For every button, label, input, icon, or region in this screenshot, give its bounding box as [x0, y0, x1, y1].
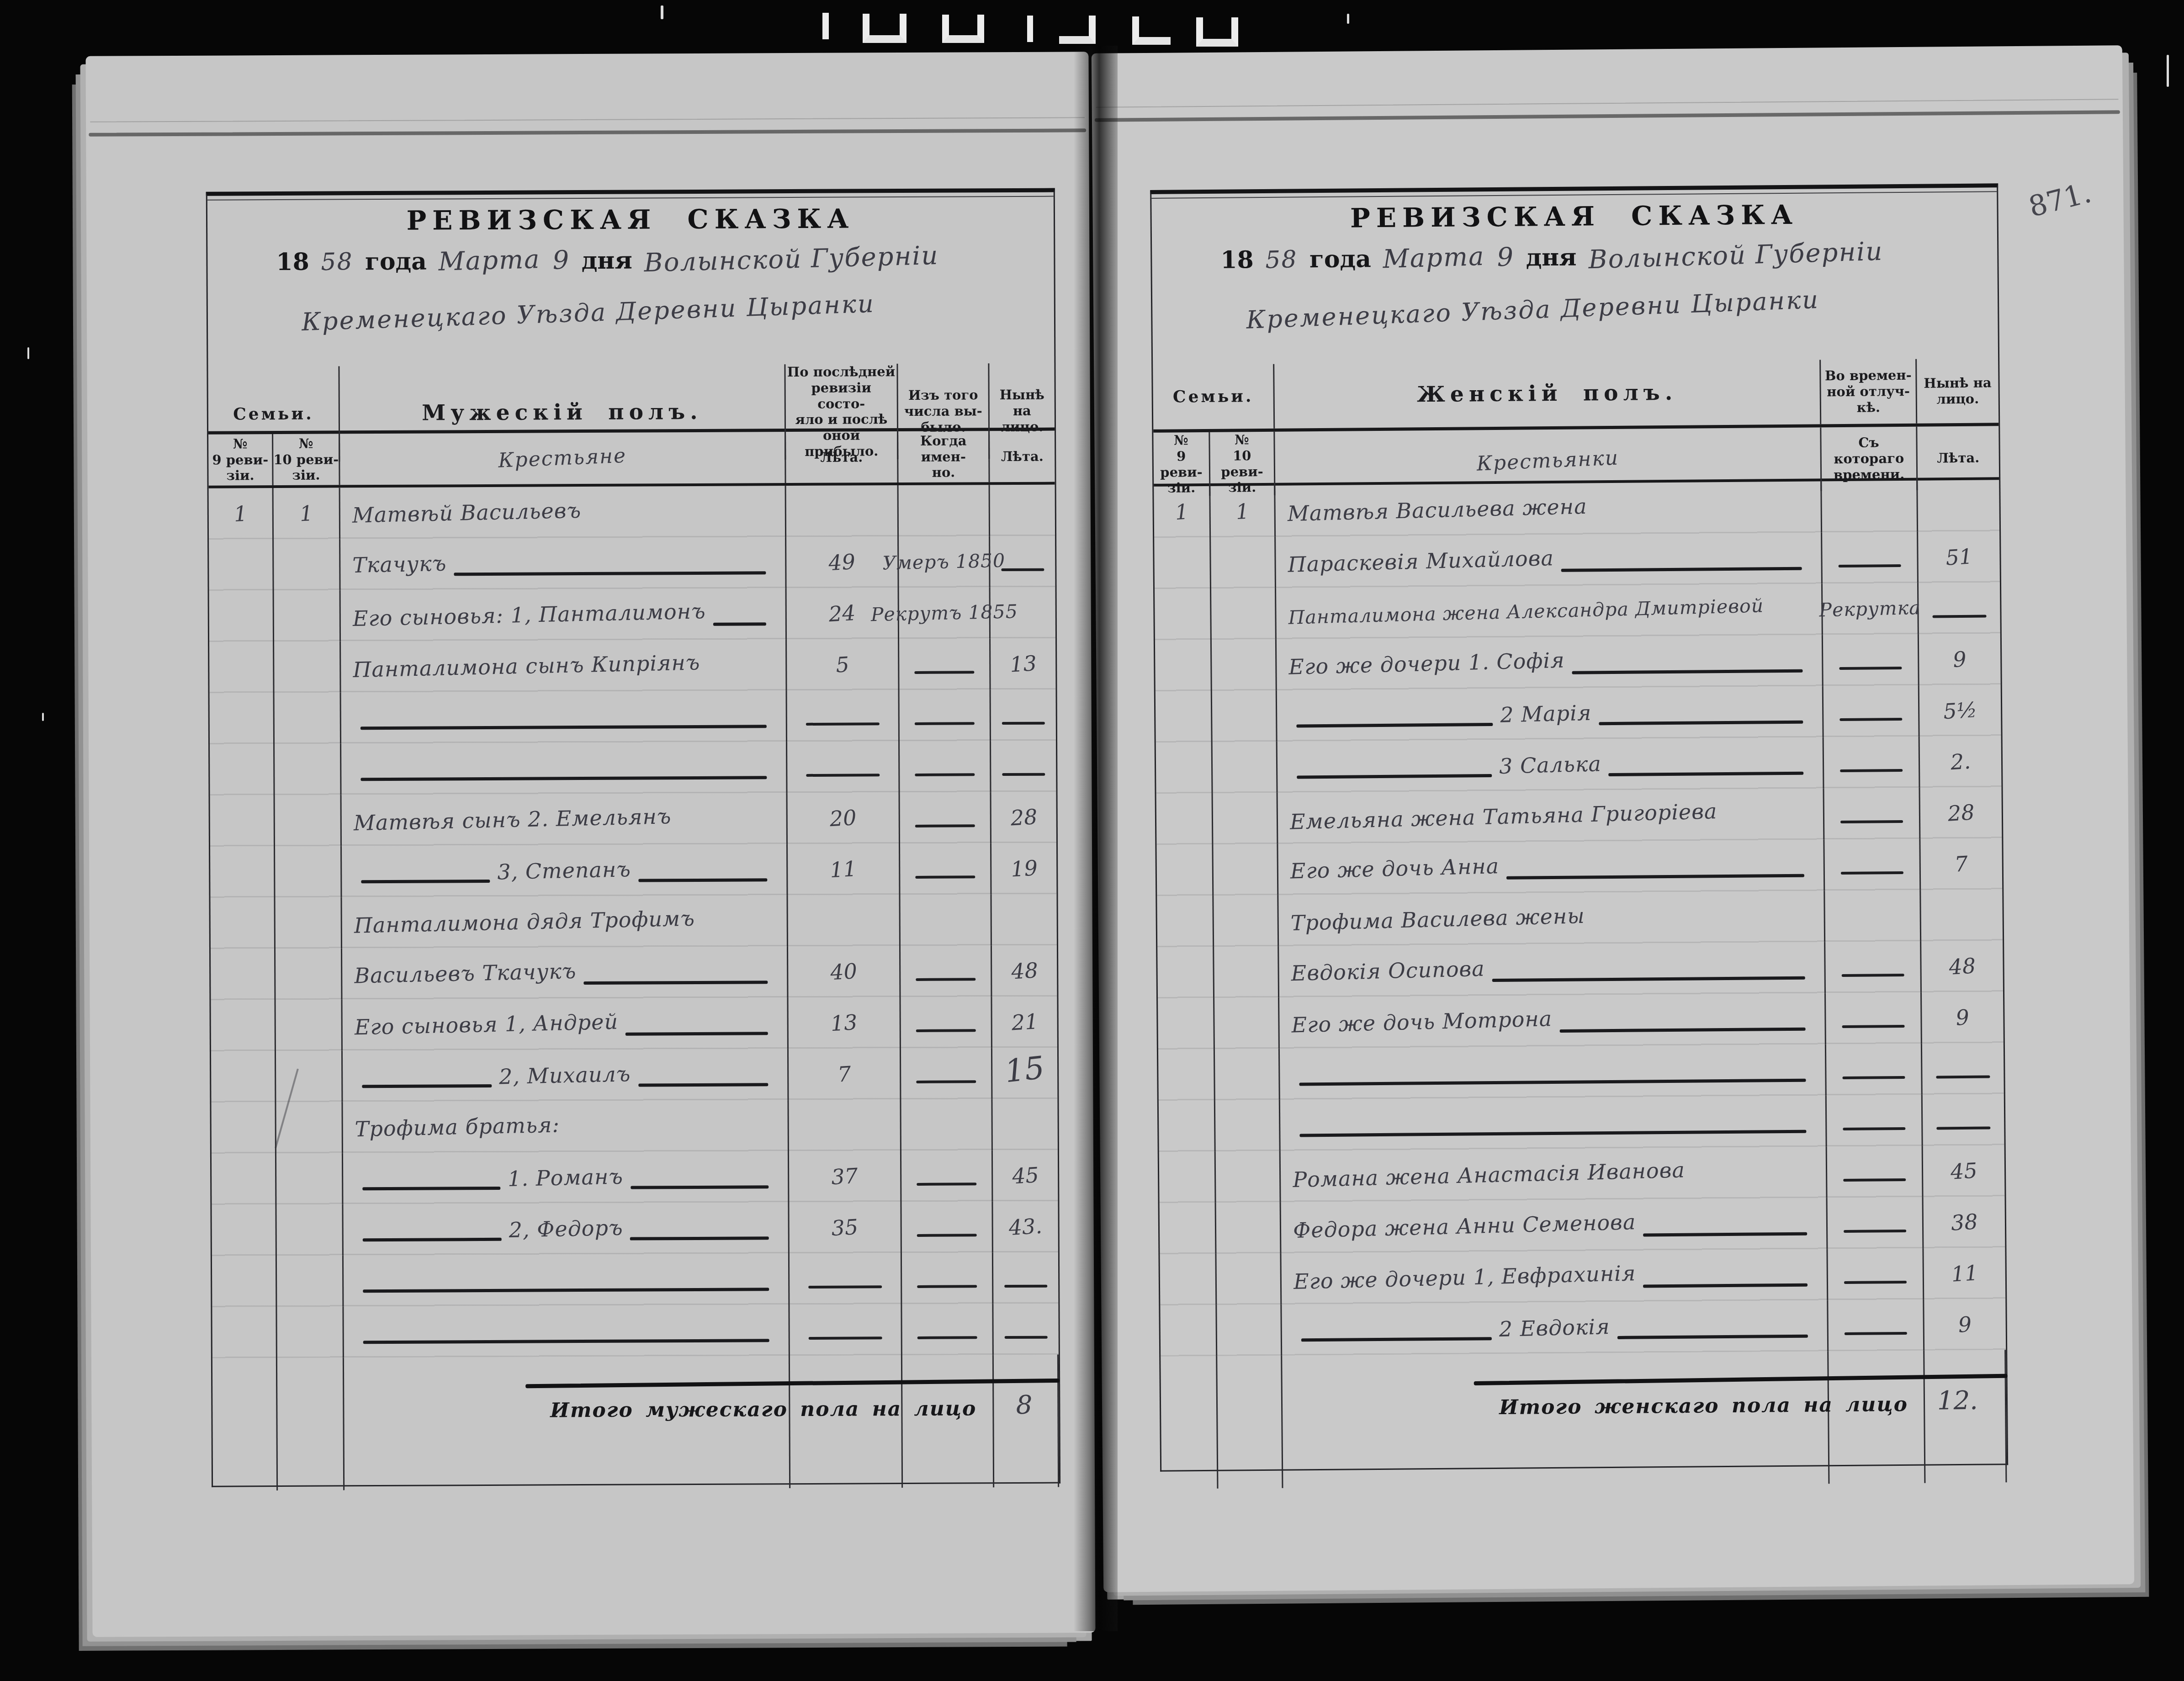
rev10-cell — [1213, 844, 1278, 896]
rev10-cell — [274, 590, 341, 642]
rev10-cell — [1213, 793, 1278, 844]
ruled-dash — [1299, 1078, 1806, 1086]
rev9-cell — [1160, 1203, 1217, 1254]
away-cell — [1824, 839, 1921, 891]
handwritten-value: 45 — [1950, 1158, 1978, 1184]
present-cell — [990, 485, 1055, 536]
rev10-cell — [274, 641, 341, 693]
right-page: 871. РЕВИЗСКАЯ СКАЗКА 1858года Марта 9 д… — [1092, 45, 2134, 1592]
ruled-dash — [631, 1185, 769, 1189]
person-name: 2 Евдокія — [1499, 1314, 1610, 1342]
record-row: 3, Степанъ1119 — [210, 843, 1056, 898]
ruled-dash — [626, 1032, 768, 1035]
when-cell: Умеръ 1850 — [899, 536, 990, 588]
day-handwritten: 9 — [1496, 242, 1514, 272]
name-cell: Его же дочери 1. Софія — [1277, 635, 1824, 690]
rev9-cell — [1159, 1151, 1216, 1203]
rev9-cell — [1155, 589, 1212, 640]
name-cell: Панталимона жена Александра Дмитріевой — [1276, 583, 1823, 639]
page-crease — [89, 128, 1086, 137]
person-name: Его же дочь Анна — [1290, 854, 1500, 884]
ruled-dash — [1599, 720, 1803, 725]
date-line: 1858года Марта 9 дня Волынской Губерніи — [276, 244, 939, 276]
person-name: Панталимона дядя Трофимъ — [354, 906, 695, 938]
female-table-frame: РЕВИЗСКАЯ СКАЗКА 1858года Марта 9 дня Во… — [1150, 183, 2008, 1471]
person-name: 2, Михаилъ — [499, 1061, 631, 1089]
total-spacer — [277, 1358, 345, 1490]
total-spacer — [994, 1355, 1059, 1488]
day-word: дня — [1526, 244, 1577, 272]
away-cell — [1828, 1197, 1924, 1249]
place-line: Кременецкаго Уѣзда Деревни Цыранки — [1246, 285, 1820, 334]
handwritten-value: 38 — [1950, 1209, 1978, 1235]
when-cell — [900, 741, 991, 792]
year-handwritten: 58 — [1265, 246, 1298, 274]
col-when-sub: Когда имен- но. — [898, 431, 990, 483]
name-cell — [341, 690, 787, 743]
col-temporarily-away: Во времен- ной отлуч- кѣ. — [1821, 359, 1917, 424]
record-row — [210, 689, 1056, 744]
ruled-dash — [1845, 1332, 1907, 1335]
ruled-dash — [1506, 874, 1804, 879]
rev10-cell — [275, 743, 341, 795]
name-cell — [1280, 1095, 1827, 1151]
rev9-cell — [1157, 947, 1214, 998]
ruled-dash — [363, 1288, 769, 1293]
present-cell — [1923, 1094, 2004, 1145]
away-cell — [1828, 1299, 1924, 1352]
present-cell: 45 — [993, 1150, 1058, 1202]
ruled-dash — [638, 878, 767, 882]
ruled-dash — [1004, 1285, 1047, 1288]
name-cell: Романа жена Анастасія Иванова — [1281, 1146, 1828, 1202]
handwritten-value: 51 — [1945, 544, 1973, 570]
record-row: Его же дочь Анна7 — [1156, 838, 2002, 896]
handwritten-value: 1 — [1235, 499, 1250, 525]
header-band-sub: № 9 реви- зіи. № 10 реви- зіи. Крестьянк… — [1153, 426, 1999, 487]
age-cell: 40 — [788, 946, 901, 997]
ruled-dash — [806, 722, 879, 726]
female-table-head: Семьи. Женскій полъ. Во времен- ной отлу… — [1153, 358, 1999, 487]
dust-speck — [42, 713, 44, 721]
ruled-dash — [917, 1234, 976, 1237]
handwritten-value: 7 — [837, 1061, 852, 1087]
age-cell: 20 — [788, 792, 900, 844]
name-cell: Его же дочери 1, Евфрахинія — [1281, 1249, 1828, 1304]
ruled-dash — [362, 1084, 492, 1087]
when-cell — [902, 1252, 993, 1304]
person-name: Матвѣя сынъ 2. Емельянъ — [353, 804, 672, 835]
date-line: 1858года Марта 9 дня Волынской Губерніи — [1220, 239, 1883, 274]
handwritten-value: 9 — [1952, 647, 1967, 672]
present-cell: 9 — [1924, 1299, 2006, 1350]
record-row: Панталимона сынъ Кипріянъ513 — [209, 638, 1055, 693]
when-cell — [899, 638, 991, 690]
ruled-dash — [1561, 567, 1802, 572]
handwritten-value: 21 — [1011, 1009, 1039, 1035]
when-cell — [901, 1099, 992, 1151]
year-handwritten: 58 — [321, 248, 354, 276]
book-gutter-shadow — [1074, 46, 1118, 1631]
name-cell: 2 Евдокія — [1282, 1300, 1829, 1355]
year-printed: 18 — [276, 248, 309, 276]
present-cell — [991, 689, 1056, 741]
province-handwritten: Волынской Губерніи — [644, 241, 939, 278]
ruled-dash — [916, 1029, 975, 1032]
person-name: Трофима Василева жены — [1290, 903, 1585, 935]
age-cell: 7 — [789, 1048, 901, 1100]
rev9-cell — [210, 795, 275, 847]
name-cell: 1. Романъ — [343, 1151, 789, 1204]
present-cell — [993, 1304, 1058, 1355]
left-page-header: РЕВИЗСКАЯ СКАЗКА 1858года Марта 9 дня Во… — [207, 192, 1054, 237]
ruled-dash — [1843, 1178, 1906, 1182]
age-cell — [789, 1099, 901, 1151]
name-cell: 3, Степанъ — [342, 844, 788, 897]
ruled-dash — [584, 981, 768, 985]
person-name: Его сыновья 1, Андрей — [354, 1009, 618, 1040]
ruled-dash — [1936, 1076, 1990, 1079]
rev9-cell — [211, 1051, 276, 1103]
peasants-label: Крестьяне — [498, 444, 627, 473]
handwritten-value: 40 — [830, 959, 858, 985]
ruled-dash — [1839, 564, 1901, 567]
rev10-cell — [276, 948, 342, 1000]
handwritten-value: 13 — [1009, 651, 1038, 677]
record-row: Ткачукъ49Умеръ 1850 — [209, 536, 1055, 591]
rev10-cell — [1215, 1100, 1281, 1151]
age-cell — [790, 1253, 902, 1304]
person-name: Матвѣя Васильева жена — [1287, 494, 1587, 526]
age-cell: 11 — [788, 843, 900, 895]
present-cell — [1921, 889, 2003, 941]
header-band-groups: Семьи. Женскій полъ. Во времен- ной отлу… — [1153, 358, 1998, 433]
col-present: Нынѣ на лицо. — [1917, 358, 1998, 423]
film-counter-fragment — [1196, 17, 1238, 47]
name-cell: Его сыновья 1, Андрей — [342, 997, 788, 1050]
handwritten-value: 28 — [1010, 804, 1038, 830]
year-printed: 18 — [1220, 246, 1254, 274]
rev9-cell — [209, 539, 274, 591]
rev9-cell — [1158, 1049, 1215, 1101]
person-name: Емельяна жена Татьяна Григоріева — [1289, 799, 1718, 834]
page-crease — [1095, 110, 2120, 122]
handwritten-value: Умеръ 1850 — [882, 550, 1006, 574]
rev9-cell — [1156, 793, 1214, 845]
ruled-dash — [917, 1285, 977, 1288]
ruled-dash — [1572, 669, 1803, 674]
rev10-cell — [1212, 690, 1278, 742]
record-row: Евдокія Осипова48 — [1157, 940, 2003, 998]
male-records: 11Матвѣй ВасильевъТкачукъ49Умеръ 1850Его… — [209, 485, 1059, 1358]
name-cell: 3 Салька — [1278, 737, 1824, 792]
film-counter-fragment — [863, 14, 906, 43]
record-row — [212, 1304, 1058, 1358]
ruled-dash — [1296, 723, 1493, 727]
record-row: Федора жена Анни Семенова38 — [1160, 1196, 2005, 1254]
rev9-cell — [1156, 691, 1213, 742]
rev10-cell — [276, 1204, 343, 1256]
person-name: 1. Романъ — [508, 1164, 624, 1191]
present-cell: 15 — [992, 1048, 1057, 1099]
ruled-dash — [916, 875, 975, 879]
record-row — [210, 741, 1056, 795]
rev9-cell — [1156, 844, 1214, 896]
handwritten-value: 1 — [233, 501, 248, 527]
person-name: Панталимона жена Александра Дмитріевой — [1288, 594, 1764, 628]
record-row: Романа жена Анастасія Иванова45 — [1159, 1145, 2005, 1203]
rev9-cell — [211, 897, 276, 949]
rev9-cell — [209, 590, 274, 642]
ruled-dash — [1492, 976, 1805, 981]
name-cell: Его же дочь Анна — [1278, 839, 1825, 895]
col-revision10: № 10 реви- зіи. — [273, 434, 340, 485]
record-row: 2 Евдокія9 — [1160, 1299, 2006, 1357]
record-row: Панталимона дядя Трофимъ — [211, 894, 1057, 949]
handwritten-value: 20 — [829, 805, 857, 831]
present-cell: 21 — [992, 997, 1057, 1048]
person-name: Евдокія Осипова — [1291, 956, 1485, 986]
present-cell — [992, 1099, 1057, 1151]
name-cell: Трофима братья: — [343, 1100, 789, 1153]
rev10-cell — [275, 846, 342, 897]
ruled-dash — [1844, 1281, 1907, 1284]
away-cell — [1823, 634, 1919, 686]
handwritten-value: 49 — [828, 549, 856, 575]
ruled-dash — [1842, 974, 1904, 977]
handwritten-value: 35 — [831, 1214, 859, 1241]
handwritten-value: 11 — [829, 856, 858, 882]
name-cell: 2, Михаилъ — [343, 1049, 789, 1102]
dust-speck — [27, 347, 29, 359]
when-cell — [901, 1201, 993, 1253]
film-counter-fragment — [822, 13, 829, 39]
ruled-dash — [630, 1236, 769, 1240]
person-name: Его же дочь Мотрона — [1291, 1006, 1553, 1037]
film-counter-fragment — [1027, 16, 1033, 42]
rev10-cell — [276, 999, 342, 1051]
film-counter-fragment — [1132, 16, 1171, 45]
rev10-cell — [1213, 742, 1278, 793]
rev10-cell — [1214, 895, 1279, 947]
peasants-label: Крестьянки — [1476, 446, 1619, 477]
total-spacer — [344, 1356, 790, 1490]
total-spacer — [1217, 1356, 1283, 1489]
name-cell: Панталимона дядя Трофимъ — [342, 895, 788, 948]
person-name: Его сыновья: 1, Панталимонъ — [352, 599, 706, 631]
handwritten-value: 48 — [1948, 953, 1977, 979]
ruled-dash — [1617, 1334, 1808, 1339]
dust-speck — [661, 5, 663, 19]
away-cell — [1824, 685, 1920, 737]
age-cell: 37 — [789, 1151, 901, 1202]
col-age-sub: Лѣта. — [786, 431, 898, 483]
ruled-dash — [1933, 615, 1987, 618]
rev10-cell — [1215, 1049, 1280, 1100]
rev9-cell — [210, 846, 275, 898]
handwritten-value: 2. — [1950, 749, 1972, 775]
rev9-cell — [209, 642, 274, 693]
age-cell: 35 — [789, 1202, 901, 1253]
rev9-cell — [1157, 896, 1214, 947]
ruled-dash — [1841, 871, 1903, 875]
ruled-dash — [1937, 1127, 1991, 1130]
present-cell — [1919, 582, 2000, 634]
handwritten-value: 45 — [1011, 1162, 1039, 1188]
away-cell — [1825, 941, 1922, 993]
rev9-cell — [212, 1153, 276, 1205]
name-cell — [344, 1304, 790, 1358]
name-cell — [341, 742, 787, 795]
total-spacer — [790, 1355, 903, 1488]
rev9-cell: 1 — [1154, 486, 1211, 538]
header-band-groups: Семьи. Мужескій полъ. По послѣдней ревиз… — [208, 363, 1055, 435]
person-name: Трофима братья: — [355, 1112, 560, 1141]
person-name: Параскевія Михайлова — [1288, 546, 1554, 577]
name-cell: Его же дочь Мотрона — [1279, 993, 1826, 1048]
record-row — [1158, 1043, 2004, 1101]
away-cell — [1822, 481, 1918, 533]
ruled-dash — [638, 1083, 768, 1087]
col-family: Семьи. — [1153, 364, 1275, 430]
ruled-dash — [1559, 1027, 1805, 1032]
when-cell — [901, 945, 992, 997]
total-spacer — [902, 1355, 994, 1488]
handwritten-value: 24 — [828, 600, 857, 626]
handwritten-value: 7 — [1954, 851, 1969, 877]
present-cell: 9 — [1919, 633, 2001, 685]
male-total-value: 8 — [1016, 1390, 1033, 1420]
handwritten-value: 37 — [831, 1163, 859, 1189]
female-total-value: 12. — [1937, 1386, 1978, 1416]
female-records: 11Матвѣя Васильева женаПараскевія Михайл… — [1154, 480, 2006, 1356]
name-cell: Евдокія Осипова — [1279, 942, 1826, 997]
rev10-cell — [1211, 537, 1276, 589]
ruled-dash — [809, 1285, 882, 1289]
person-name: Ткачукъ — [352, 551, 447, 578]
present-cell: 48 — [992, 945, 1057, 997]
when-cell: Рекрутъ 1855 — [899, 587, 991, 639]
name-cell — [1280, 1044, 1827, 1099]
ruled-dash — [917, 1183, 976, 1186]
day-handwritten: 9 — [552, 245, 570, 276]
present-cell: 13 — [991, 638, 1055, 690]
film-counter-fragment — [1059, 16, 1096, 44]
handwritten-value: 9 — [1955, 1005, 1970, 1030]
name-cell: Федора жена Анни Семенова — [1281, 1198, 1828, 1253]
when-cell — [901, 1150, 993, 1202]
record-row: Трофима Василева жены — [1157, 889, 2003, 947]
right-page-header: РЕВИЗСКАЯ СКАЗКА 1858года Марта 9 дня Во… — [1151, 187, 1997, 235]
handwritten-value: 43. — [1008, 1214, 1043, 1240]
person-name: Панталимона сынъ Кипріянъ — [353, 650, 700, 682]
left-page: РЕВИЗСКАЯ СКАЗКА 1858года Марта 9 дня Во… — [85, 52, 1095, 1637]
ruled-dash — [1609, 771, 1804, 776]
total-spacer — [1282, 1351, 1829, 1488]
folio-number: 871. — [2025, 175, 2094, 223]
ruled-dash — [809, 1336, 882, 1340]
person-name: Романа жена Анастасія Иванова — [1293, 1157, 1686, 1192]
record-row: Васильевъ Ткачукъ4048 — [211, 945, 1057, 1000]
female-total-row: Итого женскаго пола на лицо 12. — [1161, 1350, 2007, 1489]
ruled-dash — [1643, 1232, 1807, 1236]
handwritten-value: 9 — [1957, 1312, 1972, 1337]
ruled-dash — [915, 671, 974, 674]
record-row: 11Матвѣя Васильева жена — [1154, 480, 1999, 538]
away-cell — [1822, 532, 1919, 584]
ruled-dash — [360, 725, 767, 730]
col-peasants-handwritten: Крестьяне — [340, 432, 786, 485]
microfilm-scan: РЕВИЗСКАЯ СКАЗКА 1858года Марта 9 дня Во… — [0, 0, 2184, 1681]
person-name: 2 Марія — [1500, 700, 1592, 727]
record-row: Емельяна жена Татьяна Григоріева28 — [1156, 787, 2002, 845]
rev10-cell — [1211, 588, 1277, 640]
rev10-cell — [1214, 946, 1279, 998]
rev9-cell — [212, 1256, 277, 1307]
away-cell — [1826, 1044, 1923, 1096]
record-row: Его сыновья: 1, Панталимонъ24Рекрутъ 185… — [209, 587, 1055, 642]
province-handwritten: Волынской Губерніи — [1588, 237, 1884, 275]
document-title: РЕВИЗСКАЯ СКАЗКА — [1151, 197, 1997, 235]
present-cell — [993, 1252, 1058, 1304]
ruled-dash — [1002, 773, 1045, 776]
present-cell: 43. — [993, 1201, 1058, 1253]
person-name: Матвѣй Васильевъ — [352, 498, 581, 528]
record-row: Его же дочери 1. Софія9 — [1155, 633, 2001, 691]
male-table-head: Семьи. Мужескій полъ. По послѣдней ревиз… — [208, 363, 1055, 488]
rev9-cell — [210, 744, 275, 795]
handwritten-value: Рекрутъ 1855 — [870, 600, 1018, 626]
ruled-dash — [915, 722, 974, 725]
handwritten-value: 48 — [1010, 958, 1039, 984]
away-cell: Рекрутка — [1823, 583, 1919, 635]
present-cell: 19 — [991, 843, 1056, 895]
male-table-frame: РЕВИЗСКАЯ СКАЗКА 1858года Марта 9 дня Во… — [206, 188, 1060, 1487]
year-word: года — [365, 248, 427, 276]
name-cell: Матвѣя сынъ 2. Емельянъ — [342, 793, 788, 846]
person-name: Васильевъ Ткачукъ — [354, 959, 577, 988]
name-cell: 2, Федоръ — [343, 1202, 789, 1255]
handwritten-value: 13 — [830, 1010, 858, 1036]
present-cell — [1918, 480, 1999, 531]
record-row: 11Матвѣй Васильевъ — [209, 485, 1055, 540]
handwritten-value: 1 — [1174, 499, 1189, 525]
rev10-cell — [275, 795, 342, 846]
handwritten-value: 15 — [1003, 1050, 1046, 1090]
away-cell — [1827, 1095, 1923, 1147]
when-cell — [900, 689, 991, 741]
rev9-cell — [1155, 640, 1212, 691]
record-row: Его же дочь Мотрона9 — [1158, 992, 2004, 1050]
rev9-cell — [1154, 537, 1211, 589]
ruled-dash — [915, 773, 975, 776]
col-revision9: № 9 реви- зіи. — [208, 434, 273, 486]
ruled-dash — [915, 824, 975, 827]
record-row: 3 Салька2. — [1156, 736, 2002, 794]
place-line: Кременецкаго Уѣзда Деревни Цыранки — [301, 289, 875, 336]
name-cell — [344, 1253, 790, 1306]
present-cell: 7 — [1920, 838, 2002, 890]
rev9-cell — [1158, 998, 1215, 1050]
rev9-cell — [211, 1102, 276, 1154]
dust-speck — [1347, 14, 1349, 24]
when-cell — [902, 1304, 993, 1355]
col-age-now-sub: Лѣта. — [990, 431, 1055, 483]
present-cell: 28 — [1920, 787, 2002, 838]
name-cell: Трофима Василева жены — [1278, 891, 1825, 946]
present-cell: 9 — [1922, 992, 2004, 1043]
day-word: дня — [581, 247, 632, 275]
